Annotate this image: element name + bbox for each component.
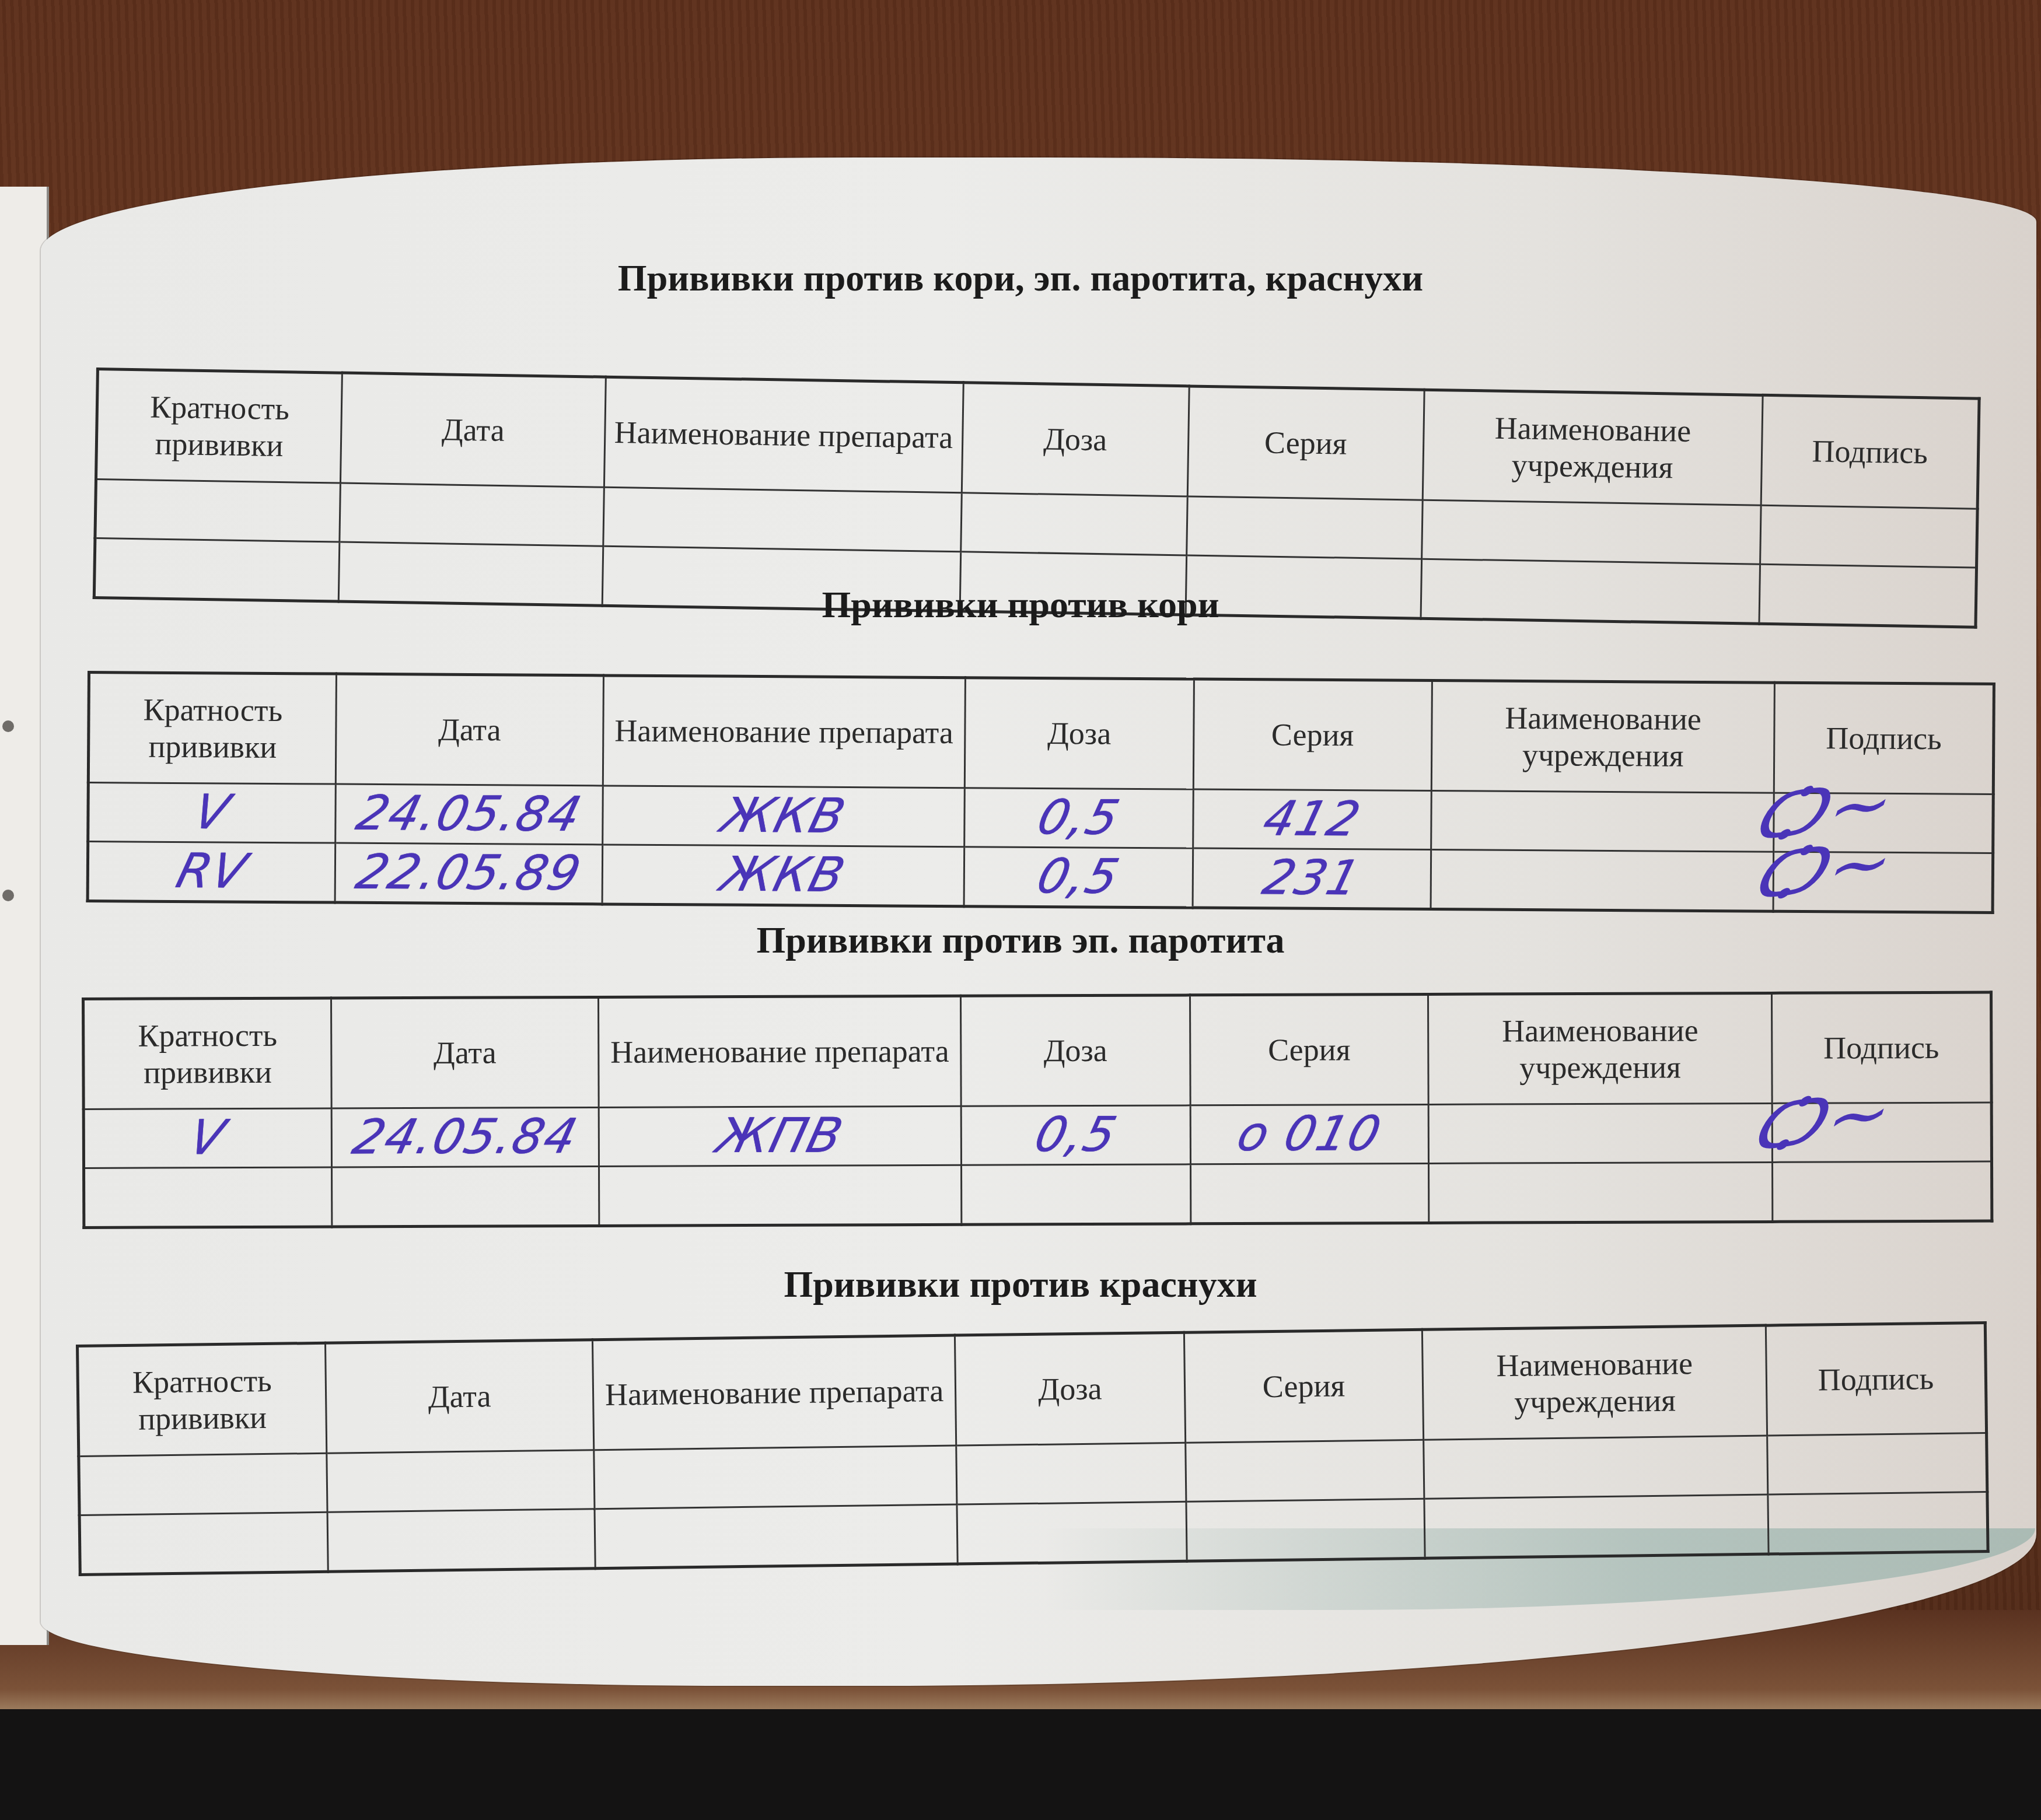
column-header-signature: Подпись bbox=[1761, 395, 1979, 509]
cell-institution bbox=[1431, 850, 1774, 912]
cell-vaccine bbox=[599, 1165, 962, 1226]
cell-signature bbox=[1760, 505, 1977, 568]
cell-date: 24.05.84 bbox=[331, 1107, 599, 1167]
handwritten-multiplicity: RV bbox=[171, 844, 253, 900]
column-header-series: Серия bbox=[1187, 386, 1424, 500]
column-header-series: Серия bbox=[1184, 1329, 1424, 1443]
cell-multiplicity: RV bbox=[88, 842, 335, 903]
cell-dose: 0,5 bbox=[964, 788, 1193, 848]
column-header-series: Серия bbox=[1193, 679, 1432, 790]
cell-institution bbox=[1424, 1436, 1768, 1499]
column-header-date: Дата bbox=[326, 1340, 594, 1454]
cell-dose bbox=[956, 1443, 1186, 1504]
handwritten-multiplicity: V bbox=[184, 1111, 232, 1166]
cell-vaccine: ЖКВ bbox=[602, 786, 964, 847]
section-title: Прививки против кори bbox=[0, 583, 2041, 626]
cell-date: 24.05.84 bbox=[335, 784, 603, 845]
table-row bbox=[84, 1161, 1992, 1227]
handwritten-series: 231 bbox=[1257, 850, 1367, 906]
column-header-vaccine: Наименование препарата bbox=[603, 675, 965, 788]
column-header-multiplicity: Кратность прививки bbox=[78, 1343, 327, 1456]
cell-date bbox=[327, 1509, 595, 1572]
cell-multiplicity: V bbox=[88, 783, 336, 843]
column-header-multiplicity: Кратность прививки bbox=[88, 673, 337, 785]
column-header-multiplicity: Кратность прививки bbox=[83, 998, 332, 1109]
handwritten-date: 24.05.84 bbox=[351, 786, 587, 842]
table-row: RV22.05.89ЖКВ0,5231Ѻ~ bbox=[88, 842, 1993, 913]
cell-dose bbox=[962, 1164, 1191, 1224]
cell-date bbox=[327, 1450, 595, 1513]
cell-series bbox=[1186, 496, 1423, 559]
cell-multiplicity bbox=[79, 1512, 328, 1574]
column-header-dose: Доза bbox=[962, 383, 1189, 496]
column-header-vaccine: Наименование препарата bbox=[598, 996, 961, 1107]
cell-date: 22.05.89 bbox=[335, 843, 603, 904]
section-title: Прививки против кори, эп. паротита, крас… bbox=[0, 257, 2041, 300]
cell-multiplicity bbox=[84, 1167, 332, 1227]
vaccination-table: Кратность прививкиДатаНаименование препа… bbox=[82, 991, 1993, 1229]
cell-dose bbox=[957, 1501, 1187, 1564]
handwritten-vaccine: ЖПВ bbox=[711, 1108, 848, 1164]
handwritten-dose: 0,5 bbox=[1029, 1108, 1123, 1163]
cell-series: 231 bbox=[1193, 848, 1431, 909]
column-header-vaccine: Наименование препарата bbox=[604, 377, 963, 493]
column-header-institution: Наименование учреждения bbox=[1423, 1325, 1767, 1440]
section-title: Прививки против эп. паротита bbox=[0, 919, 2041, 962]
vaccination-table: Кратность прививкиДатаНаименование препа… bbox=[86, 671, 1995, 914]
column-header-signature: Подпись bbox=[1774, 682, 1994, 794]
table-row: V24.05.84ЖКВ0,5412Ѻ~ bbox=[88, 783, 1994, 853]
cell-series: 412 bbox=[1193, 789, 1431, 849]
section-title: Прививки против краснухи bbox=[0, 1263, 2041, 1306]
column-header-vaccine: Наименование препарата bbox=[592, 1335, 956, 1450]
column-header-multiplicity: Кратность прививки bbox=[96, 369, 342, 484]
vaccination-table: Кратность прививкиДатаНаименование препа… bbox=[76, 1321, 1990, 1576]
handwritten-vaccine: ЖКВ bbox=[715, 848, 851, 903]
binding-ring bbox=[2, 720, 14, 732]
cell-institution bbox=[1424, 1494, 1769, 1558]
binding-ring bbox=[2, 890, 14, 901]
column-header-dose: Доза bbox=[955, 1332, 1186, 1445]
handwritten-vaccine: ЖКВ bbox=[715, 789, 851, 844]
cell-vaccine: ЖКВ bbox=[602, 845, 964, 907]
cell-institution bbox=[1431, 791, 1774, 852]
column-header-institution: Наименование учреждения bbox=[1428, 993, 1772, 1104]
column-header-series: Серия bbox=[1190, 994, 1428, 1105]
column-header-date: Дата bbox=[336, 674, 603, 786]
cell-dose: 0,5 bbox=[964, 847, 1193, 908]
cell-institution bbox=[1429, 1162, 1773, 1223]
cell-series bbox=[1190, 1163, 1429, 1223]
cell-date bbox=[340, 483, 604, 546]
cell-institution bbox=[1428, 1103, 1772, 1163]
column-header-institution: Наименование учреждения bbox=[1423, 390, 1763, 505]
column-header-signature: Подпись bbox=[1766, 1323, 1986, 1436]
cell-dose: 0,5 bbox=[961, 1105, 1190, 1165]
column-header-dose: Доза bbox=[961, 995, 1190, 1106]
cell-multiplicity bbox=[95, 480, 341, 542]
cell-date bbox=[332, 1166, 599, 1227]
cell-series: о 010 bbox=[1190, 1104, 1429, 1164]
cell-signature: Ѻ~ bbox=[1774, 793, 1993, 853]
cell-vaccine: ЖПВ bbox=[599, 1106, 962, 1166]
dark-floor bbox=[0, 1709, 2041, 1820]
column-header-dose: Доза bbox=[964, 678, 1194, 789]
cell-signature: Ѻ~ bbox=[1774, 852, 1993, 912]
cell-series bbox=[1185, 1440, 1424, 1501]
cell-vaccine bbox=[603, 487, 962, 552]
cell-signature bbox=[1772, 1161, 1991, 1221]
column-header-institution: Наименование учреждения bbox=[1431, 681, 1775, 793]
handwritten-dose: 0,5 bbox=[1032, 849, 1126, 905]
cell-series bbox=[1186, 1499, 1425, 1561]
cell-signature bbox=[1767, 1433, 1987, 1495]
cell-signature: Ѻ~ bbox=[1772, 1102, 1991, 1162]
cell-multiplicity bbox=[79, 1453, 327, 1515]
cell-vaccine bbox=[595, 1504, 957, 1569]
column-header-signature: Подпись bbox=[1771, 992, 1991, 1103]
column-header-date: Дата bbox=[331, 997, 599, 1108]
handwritten-date: 24.05.84 bbox=[347, 1109, 583, 1165]
handwritten-date: 22.05.89 bbox=[351, 845, 587, 901]
handwritten-dose: 0,5 bbox=[1032, 790, 1126, 846]
cell-vaccine bbox=[594, 1445, 957, 1509]
cell-institution bbox=[1421, 500, 1761, 564]
table-row: V24.05.84ЖПВ0,5о 010Ѻ~ bbox=[83, 1102, 1991, 1168]
handwritten-multiplicity: V bbox=[188, 785, 236, 841]
cell-multiplicity: V bbox=[83, 1108, 331, 1168]
column-header-date: Дата bbox=[341, 373, 606, 487]
handwritten-series: о 010 bbox=[1232, 1107, 1387, 1162]
cell-signature bbox=[1768, 1492, 1988, 1554]
handwritten-series: 412 bbox=[1257, 792, 1367, 847]
cell-dose bbox=[960, 493, 1187, 555]
